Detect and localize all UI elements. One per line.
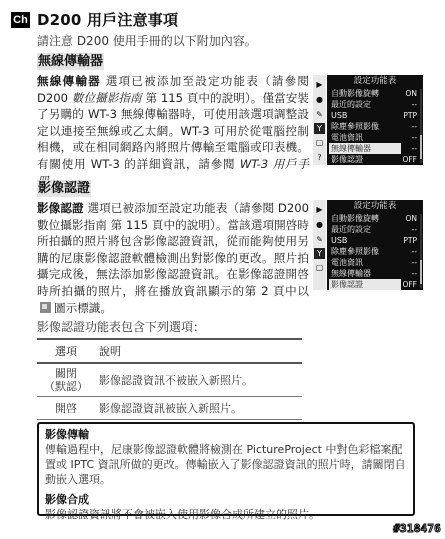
camera-menu-row-selected: 影像認證OFF — [329, 279, 401, 290]
section-heading-authentication: 影像認證 — [37, 180, 91, 197]
camera-menu-row: USBPTP — [329, 235, 421, 246]
notes-box: 影像傳輸 傳輸過程中，尼康影像認證軟體將檢測在 PictureProject 中… — [37, 422, 415, 516]
manual-title: 數位攝影指南 — [37, 218, 107, 232]
table-header-row: 選項 說明 — [37, 339, 302, 363]
section-body-wireless: 無線傳輸器 選項已被添加至設定功能表（請參閱 D200 數位攝影指南 第 115… — [37, 73, 309, 189]
camera-menu-row: 自動影像旋轉ON — [329, 88, 421, 99]
camera-menu-row-selected: 無線傳輸器-- — [329, 143, 401, 154]
image-authentication-icon — [40, 302, 51, 313]
chapter-badge: Ch — [11, 12, 30, 28]
setup-tab-icon: Y — [314, 123, 325, 134]
page-title: D200 用戶注意事項 — [37, 9, 178, 30]
camera-menu-row: 自動影像旋轉ON — [329, 213, 421, 224]
camera-menu-tabs: ▶ ● ✎ Y ▢ — [313, 200, 326, 290]
custom-tab-icon: ✎ — [314, 109, 325, 120]
shooting-tab-icon: ● — [314, 219, 325, 230]
body-text: 選項已被添加至設定功能表（請參閱 D200 — [84, 201, 309, 215]
reference-code: #318476 — [393, 522, 441, 535]
note-body-transfer: 傳輸過程中，尼康影像認證軟體將檢測在 PictureProject 中對色彩檔案… — [45, 442, 407, 487]
page-subtitle: 請注意 D200 使用手冊的以下附加內容。 — [37, 32, 257, 49]
camera-menu-row: 最近的設定-- — [329, 99, 421, 110]
camera-menu-row: 電池資訊-- — [329, 132, 421, 143]
lead-term: 影像認證 — [37, 201, 84, 215]
camera-menu-title: 設定功能表 — [327, 201, 423, 212]
option-cell: 關閉（默認） — [37, 363, 95, 397]
camera-menu-row: 除塵參照影像-- — [329, 121, 421, 132]
camera-menu-screenshot-wireless: ▶ ● ✎ Y ▢ ? 設定功能表 自動影像旋轉ON 最近的設定-- USBPT… — [313, 75, 425, 165]
note-body-overlay: 影像認證資訊將不會被嵌入使用影像合成所建立的照片。 — [45, 507, 407, 522]
description-cell: 影像認證資訊不被嵌入新照片。 — [95, 363, 302, 397]
camera-menu-row: 最近的設定-- — [329, 224, 421, 235]
camera-menu-screenshot-authentication: ▶ ● ✎ Y ▢ 設定功能表 自動影像旋轉ON 最近的設定-- USBPTP … — [313, 200, 425, 290]
column-header-option: 選項 — [37, 339, 95, 363]
custom-tab-icon: ✎ — [314, 234, 325, 245]
camera-menu-scrollbar — [420, 214, 422, 288]
section-heading-wireless: 無線傳輸器 — [37, 53, 104, 70]
option-cell: 開啓 — [37, 397, 95, 420]
playback-tab-icon: ▶ — [314, 204, 325, 215]
camera-menu-title: 設定功能表 — [327, 76, 423, 87]
camera-menu-row: 無線傳輸器-- — [329, 268, 421, 279]
options-intro: 影像認證功能表包含下列選項： — [37, 318, 205, 335]
camera-menu-row: USBPTP — [329, 110, 421, 121]
camera-menu-tabs: ▶ ● ✎ Y ▢ ? — [313, 75, 326, 165]
options-table: 選項 說明 關閉（默認） 影像認證資訊不被嵌入新照片。 開啓 影像認證資訊被嵌入… — [37, 338, 302, 420]
camera-menu-screen: 設定功能表 自動影像旋轉ON 最近的設定-- USBPTP 除塵參照影像-- 電… — [327, 75, 423, 165]
note-title-overlay: 影像合成 — [45, 493, 407, 507]
setup-tab-icon: Y — [314, 248, 325, 259]
note-title-transfer: 影像傳輸 — [45, 428, 407, 442]
table-row: 關閉（默認） 影像認證資訊不被嵌入新照片。 — [37, 363, 302, 397]
camera-menu-row: 除塵參照影像-- — [329, 246, 421, 257]
recent-tab-icon: ▢ — [314, 262, 325, 273]
camera-menu-row: 影像認證OFF — [329, 154, 421, 165]
camera-menu-scrollbar — [420, 89, 422, 163]
camera-menu-row: 電池資訊-- — [329, 257, 421, 268]
column-header-description: 說明 — [95, 339, 302, 363]
description-cell: 影像認證資訊被嵌入新照片。 — [95, 397, 302, 420]
shooting-tab-icon: ● — [314, 94, 325, 105]
section-body-authentication: 影像認證 選項已被添加至設定功能表（請參閱 D200 數位攝影指南 第 115 … — [37, 200, 309, 316]
manual-title: 數位攝影指南 — [72, 91, 142, 105]
lead-term: 無線傳輸器 — [37, 74, 101, 88]
recent-tab-icon: ▢ — [314, 137, 325, 148]
table-row: 開啓 影像認證資訊被嵌入新照片。 — [37, 397, 302, 420]
body-text: 圖示標識。 — [54, 301, 112, 315]
camera-menu-screen: 設定功能表 自動影像旋轉ON 最近的設定-- USBPTP 除塵參照影像-- 電… — [327, 200, 423, 290]
help-icon: ? — [314, 152, 325, 163]
playback-tab-icon: ▶ — [314, 79, 325, 90]
